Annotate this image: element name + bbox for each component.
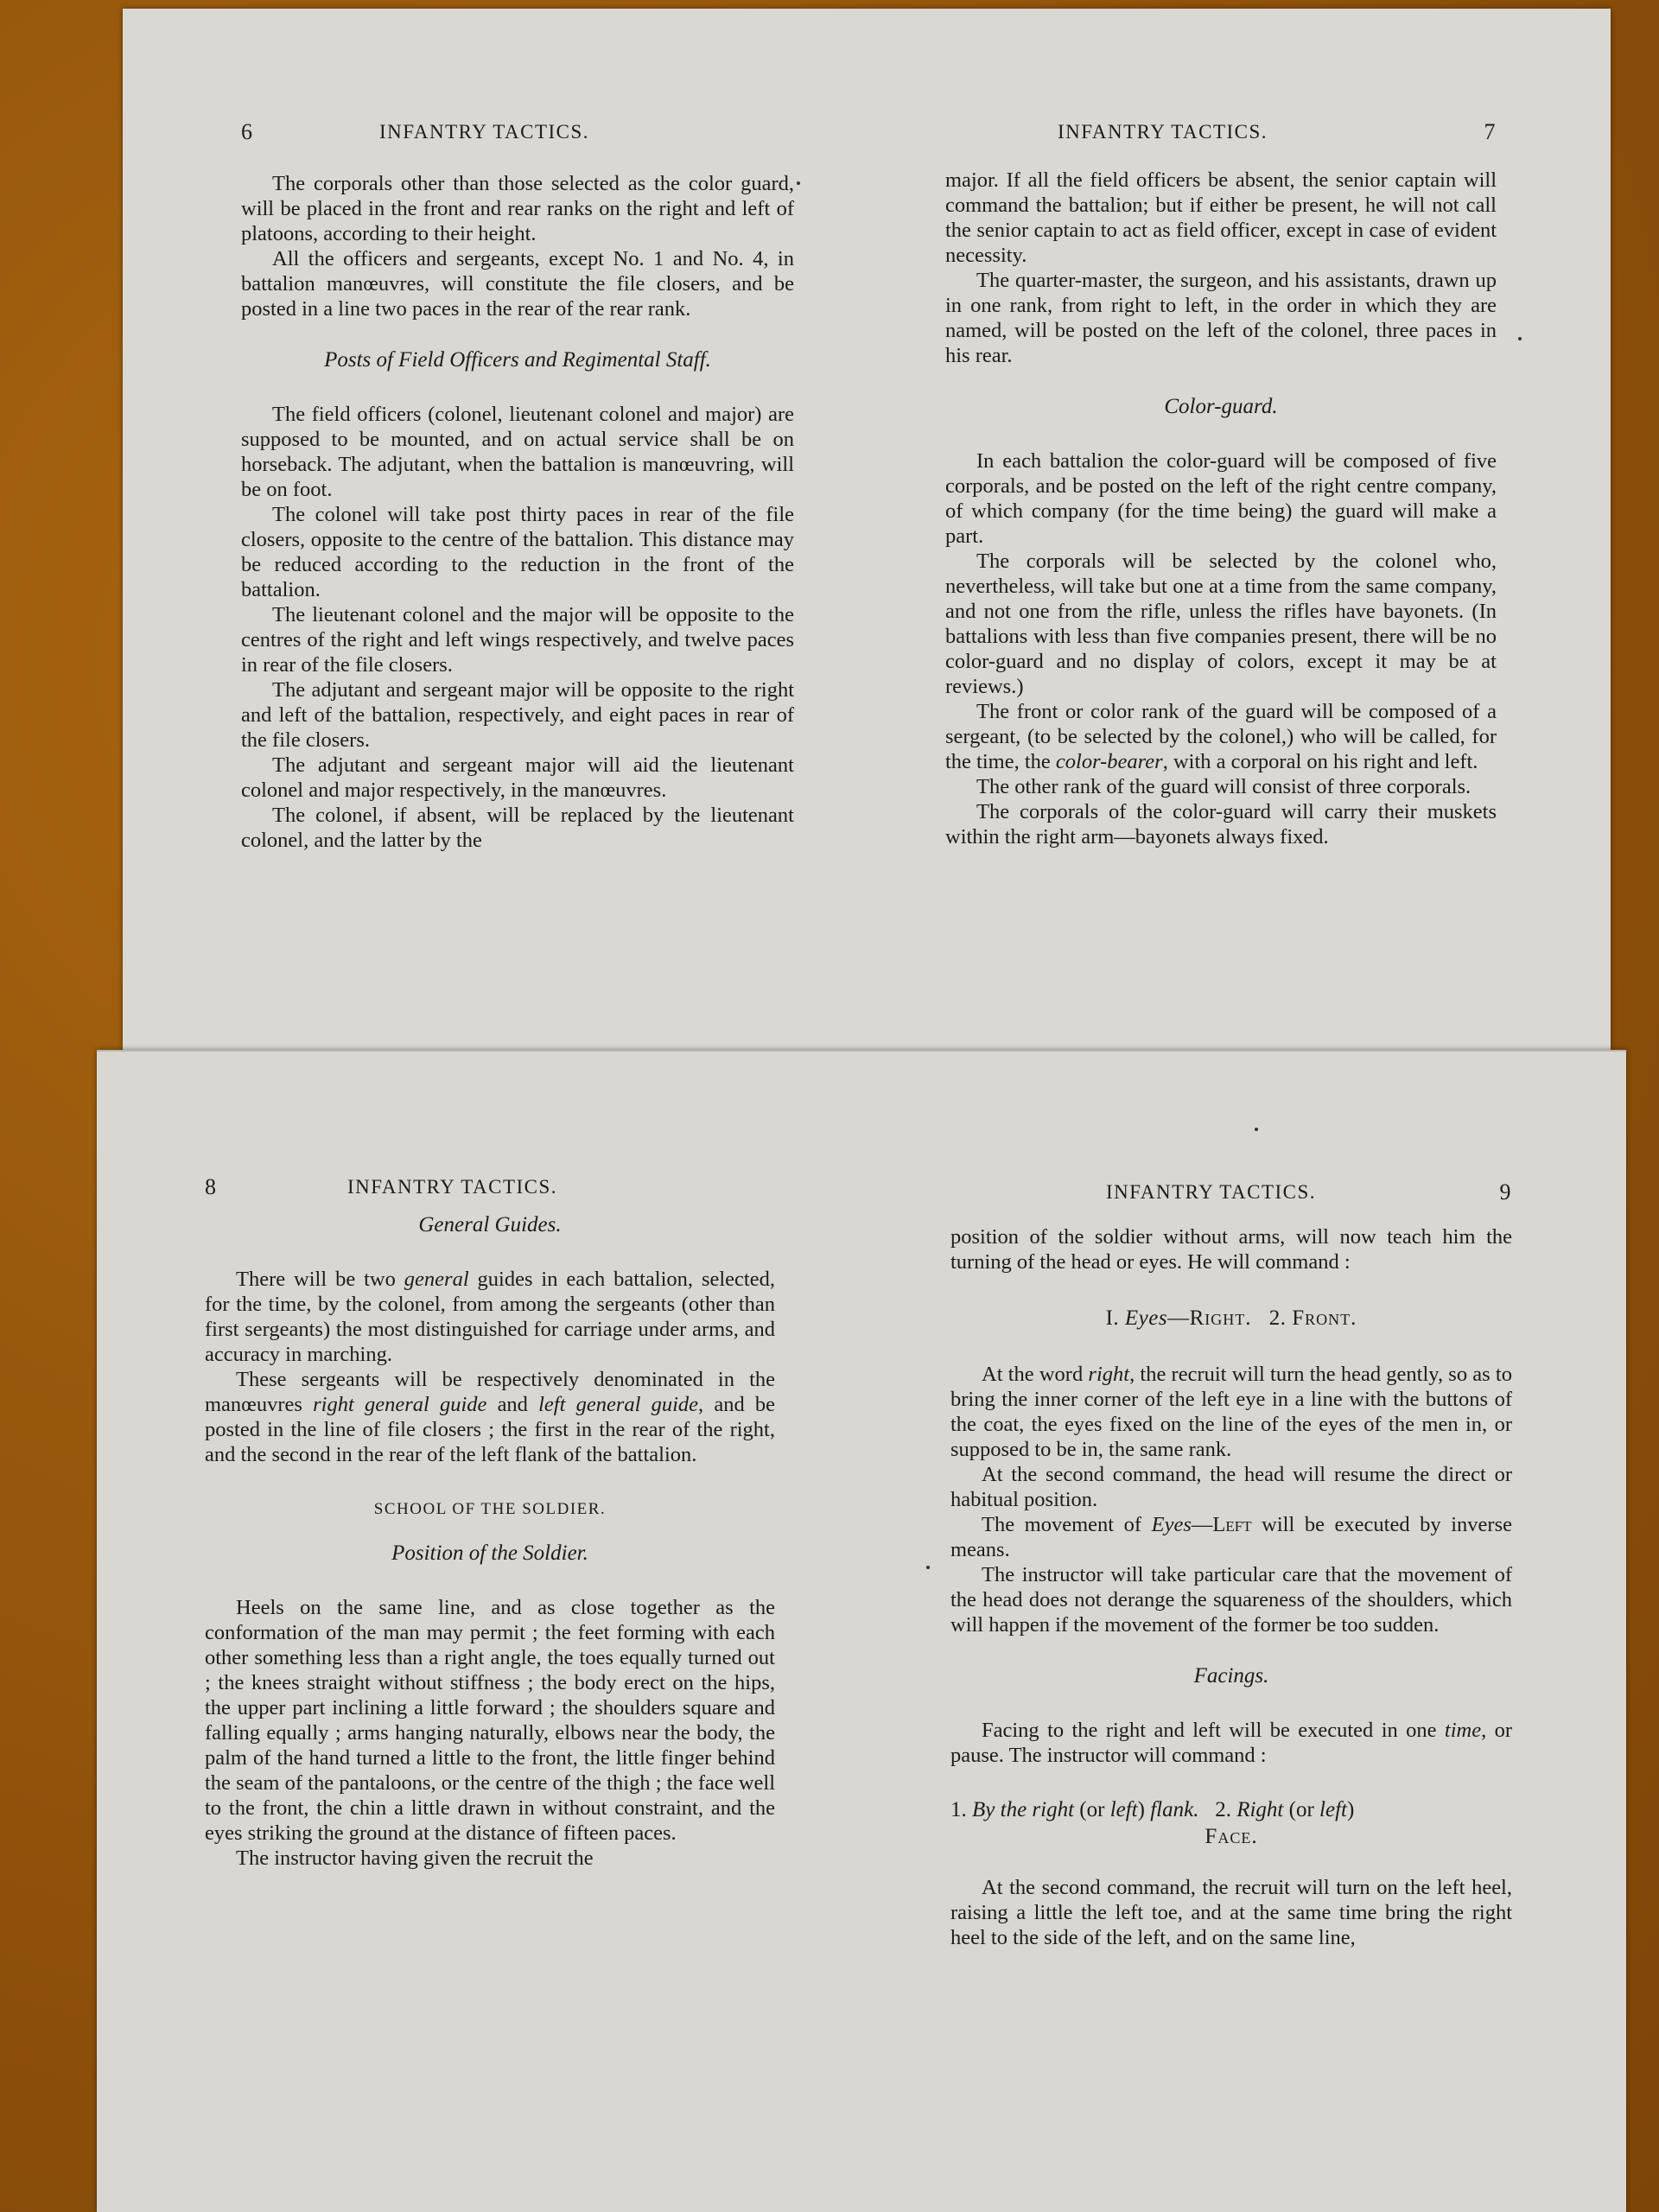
paragraph: The lieutenant colonel and the major wil… [241,602,794,677]
paragraph: The movement of Eyes—Left will be execut… [950,1512,1512,1562]
paragraph: At the second command, the recruit will … [950,1875,1512,1950]
section-heading: Position of the Soldier. [205,1541,775,1566]
paragraph: The adjutant and sergeant major will aid… [241,753,794,803]
drill-command-word: Face. [950,1824,1512,1849]
paragraph: major. If all the field officers be abse… [945,168,1497,268]
paragraph: At the word right, the recruit will turn… [950,1362,1512,1462]
paragraph: The instructor having given the recruit … [205,1846,775,1871]
page-body: major. If all the field officers be abse… [945,168,1497,849]
page-body: The corporals other than those selected … [241,171,794,853]
paper-speck [1518,337,1522,340]
bottom-sheet: 8 INFANTRY TACTICS. General Guides. Ther… [97,1050,1626,2212]
paragraph: The front or color rank of the guard wil… [945,699,1497,774]
chapter-heading: SCHOOL OF THE SOLDIER. [205,1497,775,1522]
paragraph: The field officers (colonel, lieutenant … [241,402,794,502]
running-title: INFANTRY TACTICS. [1058,121,1268,143]
paragraph: position of the soldier without arms, wi… [950,1224,1512,1274]
paragraph: The corporals other than those selected … [241,171,794,246]
paragraph: The adjutant and sergeant major will be … [241,677,794,753]
section-heading: Facings. [950,1663,1512,1688]
paragraph: The colonel will take post thirty paces … [241,502,794,602]
top-sheet: 6 INFANTRY TACTICS. The corporals other … [123,9,1611,1065]
running-title: INFANTRY TACTICS. [347,1176,557,1198]
page-6: 6 INFANTRY TACTICS. The corporals other … [241,119,794,853]
section-heading: Color-guard. [945,394,1497,419]
running-title: INFANTRY TACTICS. [1106,1181,1316,1204]
page-8: 8 INFANTRY TACTICS. General Guides. Ther… [205,1174,775,1871]
paragraph: At the second command, the head will res… [950,1462,1512,1512]
paper-speck [926,1566,930,1569]
paragraph: The other rank of the guard will consist… [945,774,1497,799]
paragraph: The instructor will take particular care… [950,1562,1512,1637]
page-number: 9 [1500,1179,1513,1205]
paragraph: The colonel, if absent, will be replaced… [241,803,794,853]
running-head: 6 INFANTRY TACTICS. [241,119,794,154]
paper-speck [1255,1128,1258,1131]
page-7: INFANTRY TACTICS. 7 major. If all the fi… [945,119,1497,849]
section-heading: Posts of Field Officers and Regimental S… [241,347,794,372]
page-number: 7 [1484,119,1497,145]
paragraph: These sergeants will be respectively den… [205,1367,775,1467]
running-title: INFANTRY TACTICS. [379,121,589,143]
paragraph: The quarter-master, the surgeon, and his… [945,268,1497,368]
paragraph: All the officers and sergeants, except N… [241,246,794,321]
paragraph: Heels on the same line, and as close tog… [205,1595,775,1846]
running-head: INFANTRY TACTICS. 7 [945,119,1497,154]
paragraph: Facing to the right and left will be exe… [950,1718,1512,1768]
running-head: INFANTRY TACTICS. 9 [950,1179,1512,1214]
paragraph: The corporals of the color-guard will ca… [945,799,1497,849]
drill-command: I. Eyes—Right. 2. Front. [950,1306,1512,1331]
paragraph: There will be two general guides in each… [205,1267,775,1367]
paper-speck [797,181,800,185]
running-head: 8 INFANTRY TACTICS. [205,1174,775,1209]
page-body: position of the soldier without arms, wi… [950,1224,1512,1950]
page-9: INFANTRY TACTICS. 9 position of the sold… [950,1179,1512,1950]
page-number: 6 [241,119,254,145]
paragraph: The corporals will be selected by the co… [945,549,1497,699]
drill-command: 1. By the right (or left) flank. 2. Righ… [950,1797,1512,1822]
paragraph: In each battalion the color-guard will b… [945,448,1497,549]
page-number: 8 [205,1174,218,1200]
section-heading: General Guides. [205,1212,775,1237]
page-body: General Guides. There will be two genera… [205,1212,775,1871]
